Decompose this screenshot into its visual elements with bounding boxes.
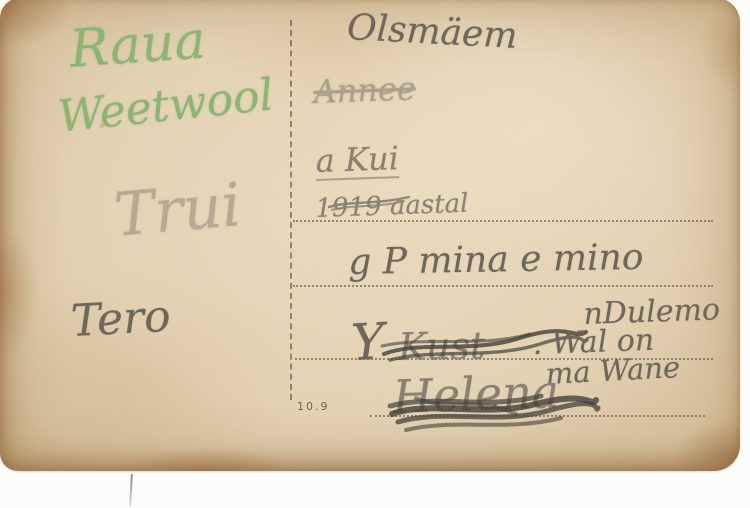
- printers-mark: 10.9: [297, 400, 330, 413]
- green-note-line2: Weetwool: [56, 73, 276, 139]
- message-line1: g P mina e mino: [348, 240, 644, 281]
- pencil-name-word: Tero: [70, 295, 172, 344]
- underlined-address-word: a Kui: [315, 142, 400, 181]
- address-dotted-line: [293, 285, 713, 287]
- message-line4-crossed-word: Helena: [392, 368, 560, 420]
- postcard-divider-line: [290, 20, 292, 400]
- message-line3-crossed-word: Kust: [398, 326, 485, 366]
- top-pencil-word: Olsmäem: [346, 10, 518, 55]
- crossed-address-word: Annee: [313, 72, 416, 108]
- stray-pencil-mark: [129, 474, 132, 506]
- message-line3-initial: Y: [350, 316, 386, 368]
- year-line: 1919 aastal: [315, 191, 469, 222]
- postcard-back: Raua Weetwool Trui Tero Olsmäem Annee a …: [0, 0, 740, 471]
- message-line4-rest: ma Wane: [545, 353, 681, 389]
- scan-background: { "postcard": { "green_note": { "line1":…: [0, 0, 750, 508]
- pencil-large-word: Trui: [112, 175, 243, 246]
- green-note-line1: Raua: [68, 15, 207, 76]
